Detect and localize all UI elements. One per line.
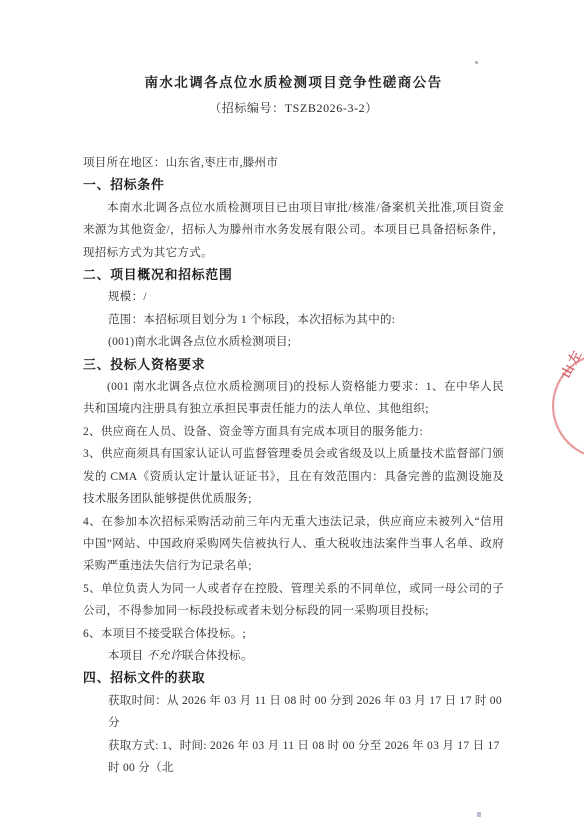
section-1-paragraph: 本南水北调各点位水质检测项目已由项目审批/核准/备案机关批准,项目资金来源为其他… [83, 197, 504, 264]
scan-speck-top-icon [475, 61, 478, 64]
qualification-requirement-1: (001 南水北调各点位水质检测项目)的投标人资格能力要求：1、在中华人民共和国… [83, 376, 504, 421]
qualification-requirement-2: 2、供应商在人员、设备、资金等方面具有完成本项目的服务能力: [83, 421, 504, 443]
lot-line: (001)南水北调各点位水质检测项目; [83, 331, 504, 353]
qualification-requirement-4: 4、在参加本次招标采购活动前三年内无重大违法记录，供应商应未被列入“信用中国”网… [83, 511, 504, 578]
page-title: 南水北调各点位水质检测项目竞争性磋商公告 [83, 70, 504, 95]
consortium-note-emphasis: 不允许 [147, 650, 182, 662]
tender-number: （招标编号：TSZB2026-3-2） [83, 95, 504, 121]
qualification-requirement-5: 5、单位负责人为同一人或者存在控股、管理关系的不同单位，或同一母公司的子公司，不… [83, 578, 504, 623]
qualification-requirement-3: 3、供应商须具有国家认证认可监督管理委员会或省级及以上质量技术监督部门颁发的 C… [83, 443, 504, 510]
project-location-line: 项目所在地区：山东省,枣庄市,滕州市 [83, 152, 504, 174]
document-page: 南水北调各点位水质检测项目竞争性磋商公告 （招标编号：TSZB2026-3-2）… [0, 0, 584, 824]
obtain-time-line: 获取时间：从 2026 年 03 月 11 日 08 时 00 分到 2026 … [83, 690, 504, 735]
section-4-heading: 四、招标文件的获取 [83, 667, 504, 689]
section-3-heading: 三、投标人资格要求 [83, 354, 504, 376]
project-scope-line: 范围：本招标项目划分为 1 个标段，本次招标为其中的: [83, 309, 504, 331]
qualification-requirement-6: 6、本项目不接受联合体投标。; [83, 623, 504, 645]
consortium-note-suffix: 联合体投标。 [182, 650, 253, 662]
section-1-heading: 一、招标条件 [83, 174, 504, 196]
document-body: 南水北调各点位水质检测项目竞争性磋商公告 （招标编号：TSZB2026-3-2）… [83, 70, 504, 779]
scan-speck-bottom-icon [477, 812, 481, 817]
consortium-note: 本项目 不允许联合体投标。 [83, 645, 504, 667]
section-2-heading: 二、项目概况和招标范围 [83, 264, 504, 286]
consortium-note-prefix: 本项目 [108, 650, 147, 662]
obtain-method-line: 获取方式: 1、时间: 2026 年 03 月 11 日 08 时 00 分至 … [83, 735, 504, 780]
project-scale-line: 规模：/ [83, 286, 504, 308]
